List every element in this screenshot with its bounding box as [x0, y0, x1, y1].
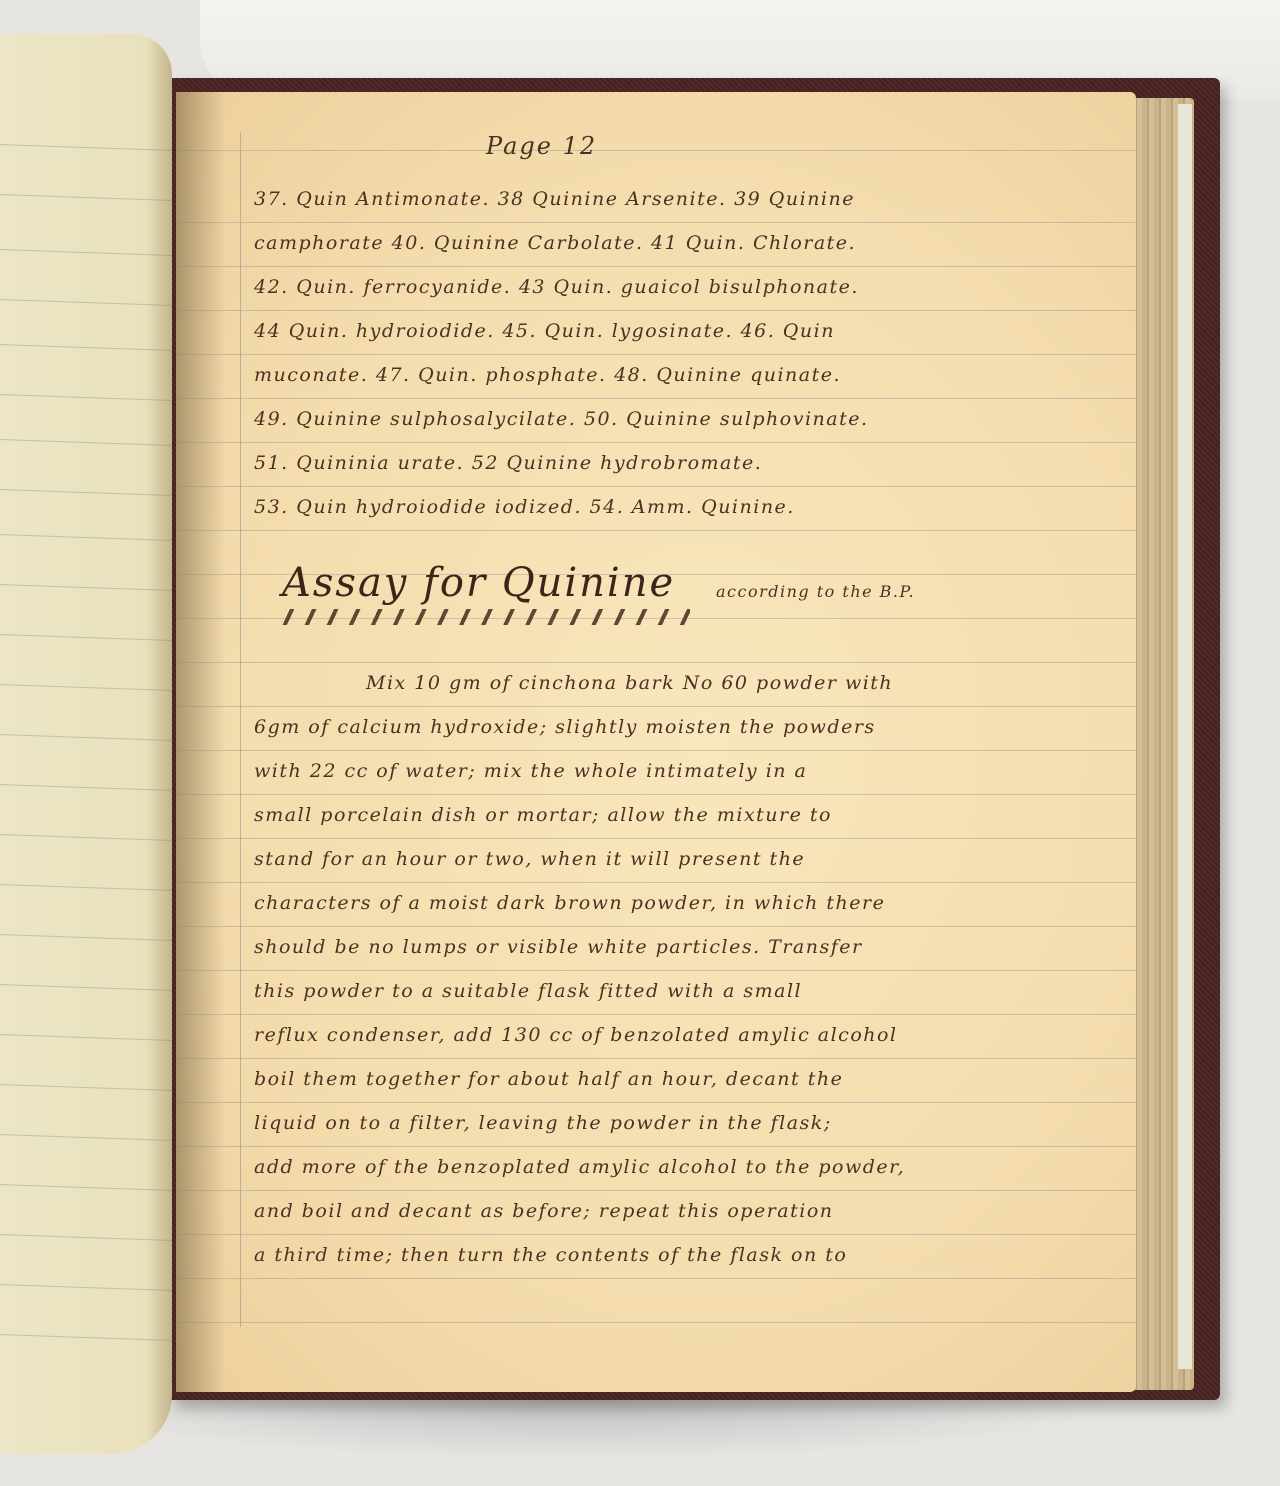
rule-line [0, 1084, 172, 1091]
rule-line [176, 838, 1136, 839]
body-line: with 22 cc of water; mix the whole intim… [254, 760, 807, 782]
rule-line [0, 1034, 172, 1041]
rule-line [0, 249, 172, 256]
compound-line: 37. Quin Antimonate. 38 Quinine Arsenite… [254, 188, 855, 210]
compound-line: 51. Quininia urate. 52 Quinine hydrobrom… [254, 452, 762, 474]
rule-line [0, 1284, 172, 1291]
page-number: Page 12 [486, 132, 597, 160]
body-line: a third time; then turn the contents of … [254, 1244, 847, 1266]
rule-line [0, 684, 172, 691]
rule-line [176, 970, 1136, 971]
rule-line [176, 926, 1136, 927]
compound-line: 44 Quin. hydroiodide. 45. Quin. lygosina… [254, 320, 835, 342]
body-line: small porcelain dish or mortar; allow th… [254, 804, 832, 826]
left-page [0, 34, 172, 1454]
rule-line [0, 489, 172, 496]
right-page: Page 12 37. Quin Antimonate. 38 Quinine … [176, 92, 1136, 1392]
body-line: stand for an hour or two, when it will p… [254, 848, 805, 870]
margin-line [240, 132, 241, 1327]
rule-line [0, 734, 172, 741]
body-line: Mix 10 gm of cinchona bark No 60 powder … [366, 672, 893, 694]
body-line: this powder to a suitable flask fitted w… [254, 980, 802, 1002]
rule-line [176, 1014, 1136, 1015]
compound-line: camphorate 40. Quinine Carbolate. 41 Qui… [254, 232, 856, 254]
rule-line [176, 1190, 1136, 1191]
rule-line [176, 1278, 1136, 1279]
body-line: characters of a moist dark brown powder,… [254, 892, 885, 914]
rule-line [176, 1322, 1136, 1323]
rule-line [176, 1102, 1136, 1103]
body-line: boil them together for about half an hou… [254, 1068, 843, 1090]
rule-line [176, 398, 1136, 399]
rule-line [0, 439, 172, 446]
body-line: and boil and decant as before; repeat th… [254, 1200, 834, 1222]
rule-line [176, 882, 1136, 883]
rule-line [176, 222, 1136, 223]
endpaper [1178, 104, 1192, 1369]
rule-line [0, 1334, 172, 1341]
rule-line [0, 584, 172, 591]
rule-line [176, 354, 1136, 355]
body-line: liquid on to a filter, leaving the powde… [254, 1112, 832, 1134]
rule-line [0, 634, 172, 641]
rule-line [176, 662, 1136, 663]
rule-line [0, 834, 172, 841]
gutter-shadow [176, 92, 226, 1392]
rule-line [176, 486, 1136, 487]
rule-line [0, 984, 172, 991]
rule-line [0, 534, 172, 541]
body-line: add more of the benzoplated amylic alcoh… [254, 1156, 905, 1178]
rule-line [176, 1146, 1136, 1147]
rule-line [0, 299, 172, 306]
body-line: 6gm of calcium hydroxide; slightly moist… [254, 716, 876, 738]
heading-underline-flourish [280, 609, 690, 625]
rule-line [0, 194, 172, 201]
rule-line [0, 1234, 172, 1241]
book-shadow [40, 1400, 1120, 1460]
rule-line [176, 310, 1136, 311]
body-line: should be no lumps or visible white part… [254, 936, 863, 958]
rule-line [176, 1058, 1136, 1059]
body-line: reflux condenser, add 130 cc of benzolat… [254, 1024, 898, 1046]
rule-line [176, 442, 1136, 443]
rule-line [176, 750, 1136, 751]
rule-line [176, 266, 1136, 267]
rule-line [0, 144, 172, 151]
rule-line [0, 884, 172, 891]
compound-line: muconate. 47. Quin. phosphate. 48. Quini… [254, 364, 841, 386]
section-heading: Assay for Quinine [282, 560, 675, 606]
rule-line [176, 706, 1136, 707]
rule-line [176, 150, 1136, 151]
compound-line: 53. Quin hydroiodide iodized. 54. Amm. Q… [254, 496, 795, 518]
rule-line [0, 1184, 172, 1191]
rule-line [0, 1134, 172, 1141]
compound-line: 42. Quin. ferrocyanide. 43 Quin. guaicol… [254, 276, 859, 298]
rule-line [0, 394, 172, 401]
rule-line [0, 934, 172, 941]
rule-line [0, 784, 172, 791]
rule-line [176, 794, 1136, 795]
rule-line [0, 344, 172, 351]
heading-note: according to the B.P. [716, 582, 915, 601]
compound-line: 49. Quinine sulphosalycilate. 50. Quinin… [254, 408, 869, 430]
rule-line [176, 530, 1136, 531]
rule-line [176, 1234, 1136, 1235]
